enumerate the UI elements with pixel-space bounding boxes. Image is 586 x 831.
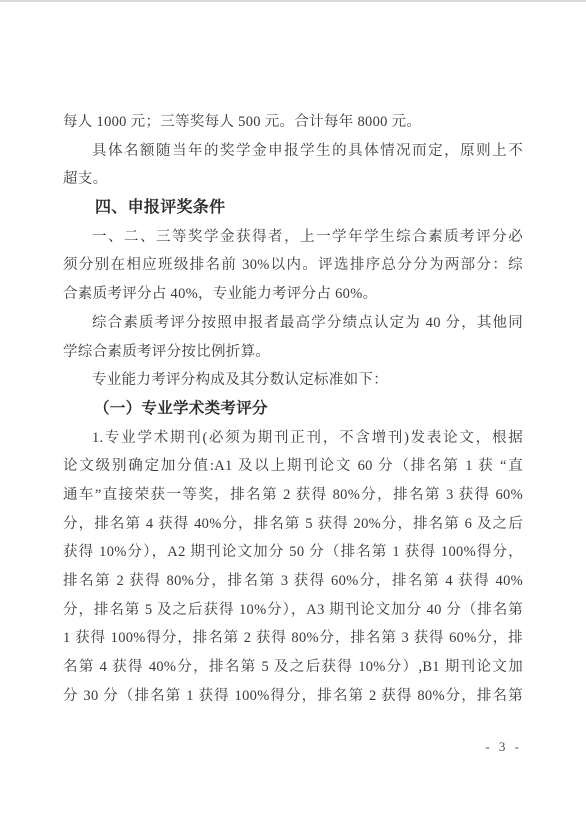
text-line: 排名第 2 获得 80%分，排名第 3 获得 60%分，排名第 4 获得 40%	[63, 567, 523, 596]
text-line: （一）专业学术类考评分	[63, 395, 523, 424]
document-body: 每人 1000 元；三等奖每人 500 元。合计每年 8000 元。具体名额随当…	[63, 108, 523, 710]
text-line: 1.专业学术期刊(必须为期刊正刊，不含增刊)发表论文，根据	[63, 424, 523, 453]
text-line: 一、二、三等奖学金获得者，上一学年学生综合素质考评分必	[63, 223, 523, 252]
text-line: 通车”直接荣获一等奖，排名第 2 获得 80%分，排名第 3 获得 60%	[63, 481, 523, 510]
text-line: 综合素质考评分按照申报者最高学分绩点认定为 40 分，其他同	[63, 309, 523, 338]
text-line: 合素质考评分占 40%，专业能力考评分占 60%。	[63, 280, 523, 309]
text-line: 四、申报评奖条件	[63, 194, 523, 223]
text-line: 1 获得 100%得分，排名第 2 获得 80%分，排名第 3 获得 60%分，…	[63, 624, 523, 653]
page-top-edge	[0, 0, 586, 2]
text-line: 获得 10%分），A2 期刊论文加分 50 分（排名第 1 获得 100%得分，	[63, 538, 523, 567]
paragraph: 综合素质考评分按照申报者最高学分绩点认定为 40 分，其他同学综合素质考评分按比…	[63, 309, 523, 366]
text-line: 学综合素质考评分按比例折算。	[63, 338, 523, 367]
paragraph: 专业能力考评分构成及其分数认定标准如下：	[63, 366, 523, 395]
text-line: 超支。	[63, 165, 523, 194]
text-line: 专业能力考评分构成及其分数认定标准如下：	[63, 366, 523, 395]
text-line: 每人 1000 元；三等奖每人 500 元。合计每年 8000 元。	[63, 108, 523, 137]
text-line: 分，排名第 4 获得 40%分，排名第 5 获得 20%分，排名第 6 及之后	[63, 510, 523, 539]
sub-heading: （一）专业学术类考评分	[63, 395, 523, 424]
section-heading: 四、申报评奖条件	[63, 194, 523, 223]
paragraph: 具体名额随当年的奖学金申报学生的具体情况而定，原则上不超支。	[63, 137, 523, 194]
paragraph: 一、二、三等奖学金获得者，上一学年学生综合素质考评分必须分别在相应班级排名前 3…	[63, 223, 523, 309]
text-line: 具体名额随当年的奖学金申报学生的具体情况而定，原则上不	[63, 137, 523, 166]
paragraph: 每人 1000 元；三等奖每人 500 元。合计每年 8000 元。	[63, 108, 523, 137]
page-number: - 3 -	[485, 738, 522, 756]
text-line: 分 30 分（排名第 1 获得 100%得分，排名第 2 获得 80%分，排名第	[63, 682, 523, 711]
text-line: 须分别在相应班级排名前 30%以内。评选排序总分分为两部分：综	[63, 251, 523, 280]
text-line: 分，排名第 5 及之后获得 10%分），A3 期刊论文加分 40 分（排名第	[63, 596, 523, 625]
text-line: 名第 4 获得 40%分，排名第 5 及之后获得 10%分）,B1 期刊论文加	[63, 653, 523, 682]
paragraph: 1.专业学术期刊(必须为期刊正刊，不含增刊)发表论文，根据论文级别确定加分值:A…	[63, 424, 523, 711]
text-line: 论文级别确定加分值:A1 及以上期刊论文 60 分（排名第 1 获 “直	[63, 452, 523, 481]
